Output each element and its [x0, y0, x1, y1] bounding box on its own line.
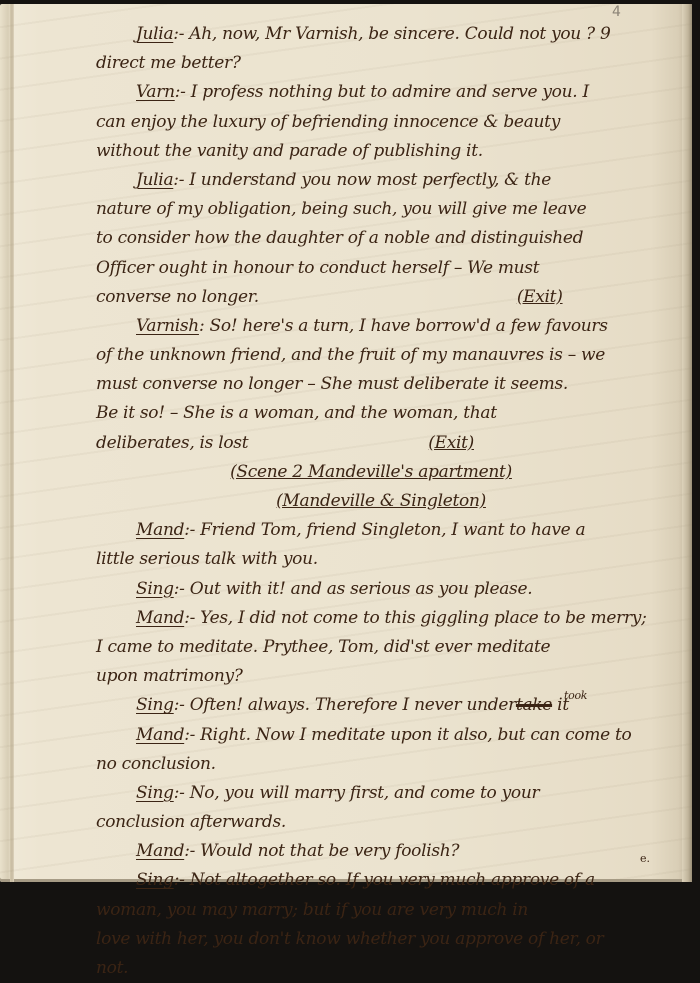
dialogue-line: Sing:- No, you will marry first, and com…: [96, 779, 686, 808]
struck-word: take: [516, 695, 552, 715]
catchword-mark: e.: [640, 852, 650, 865]
dialogue-line: must converse no longer – She must delib…: [96, 370, 686, 399]
dialogue-line: little serious talk with you.: [96, 545, 686, 574]
dialogue-line: deliberates, is lost(Exit): [96, 429, 686, 458]
dialogue-line: Mand:- Right. Now I meditate upon it als…: [96, 721, 686, 750]
dialogue-line: converse no longer.(Exit): [96, 283, 686, 312]
speaker-name: Varnish: [136, 316, 199, 336]
folio-number: 4: [612, 4, 621, 20]
dialogue-line: conclusion afterwards.: [96, 808, 686, 837]
dialogue-line: upon matrimony?: [96, 662, 686, 691]
scene-heading: (Scene 2 Mandeville's apartment): [96, 458, 686, 487]
stage-direction-exit: (Exit): [248, 433, 474, 453]
dialogue-line: Mand:- Would not that be very foolish?: [96, 837, 686, 866]
dialogue-line: Julia:- Ah, now, Mr Varnish, be sincere.…: [96, 20, 686, 49]
dialogue-line: I came to meditate. Prythee, Tom, did'st…: [96, 633, 686, 662]
dialogue-line: Mand:- Yes, I did not come to this giggl…: [96, 604, 686, 633]
dialogue-line: Sing:- Often! always. Therefore I never …: [96, 691, 686, 720]
manuscript-page: 4 Julia:- Ah, now, Mr Varnish, be sincer…: [0, 4, 692, 882]
speaker-name: Sing: [136, 783, 174, 803]
binding-shadow: [10, 4, 14, 882]
speaker-name: Mand: [136, 608, 184, 628]
dialogue-line: nature of my obligation, being such, you…: [96, 195, 686, 224]
dialogue-line: to consider how the daughter of a noble …: [96, 224, 686, 253]
dialogue-line: Be it so! – She is a woman, and the woma…: [96, 399, 686, 428]
dialogue-line: no conclusion.: [96, 750, 686, 779]
speaker-name: Sing: [136, 870, 174, 888]
dialogue-line: Varn:- I profess nothing but to admire a…: [96, 78, 686, 107]
speaker-name: Mand: [136, 725, 184, 745]
speaker-name: Mand: [136, 520, 184, 540]
manuscript-text: Julia:- Ah, now, Mr Varnish, be sincere.…: [96, 20, 686, 888]
speaker-name: Julia: [136, 170, 173, 190]
dialogue-line: can enjoy the luxury of befriending inno…: [96, 108, 686, 137]
speaker-name: Varn: [136, 82, 175, 102]
dialogue-line: Mand:- Friend Tom, friend Singleton, I w…: [96, 516, 686, 545]
stage-direction-exit: (Exit): [259, 287, 563, 307]
dialogue-line: of the unknown friend, and the fruit of …: [96, 341, 686, 370]
dialogue-line: without the vanity and parade of publish…: [96, 137, 686, 166]
speaker-name: Mand: [136, 841, 184, 861]
dialogue-line: Officer ought in honour to conduct herse…: [96, 254, 686, 283]
inserted-word: took: [564, 681, 587, 710]
speaker-name: Julia: [136, 24, 173, 44]
speaker-name: Sing: [136, 695, 174, 715]
speaker-name: Sing: [136, 579, 174, 599]
dialogue-line: Julia:- I understand you now most perfec…: [96, 166, 686, 195]
dialogue-line: direct me better?: [96, 49, 686, 78]
dialogue-line: Sing:- Out with it! and as serious as yo…: [96, 575, 686, 604]
dialogue-line: Varnish: So! here's a turn, I have borro…: [96, 312, 686, 341]
scene-characters: (Mandeville & Singleton): [96, 487, 686, 516]
dialogue-line: Sing:- Not altogether so. If you very mu…: [96, 866, 686, 888]
